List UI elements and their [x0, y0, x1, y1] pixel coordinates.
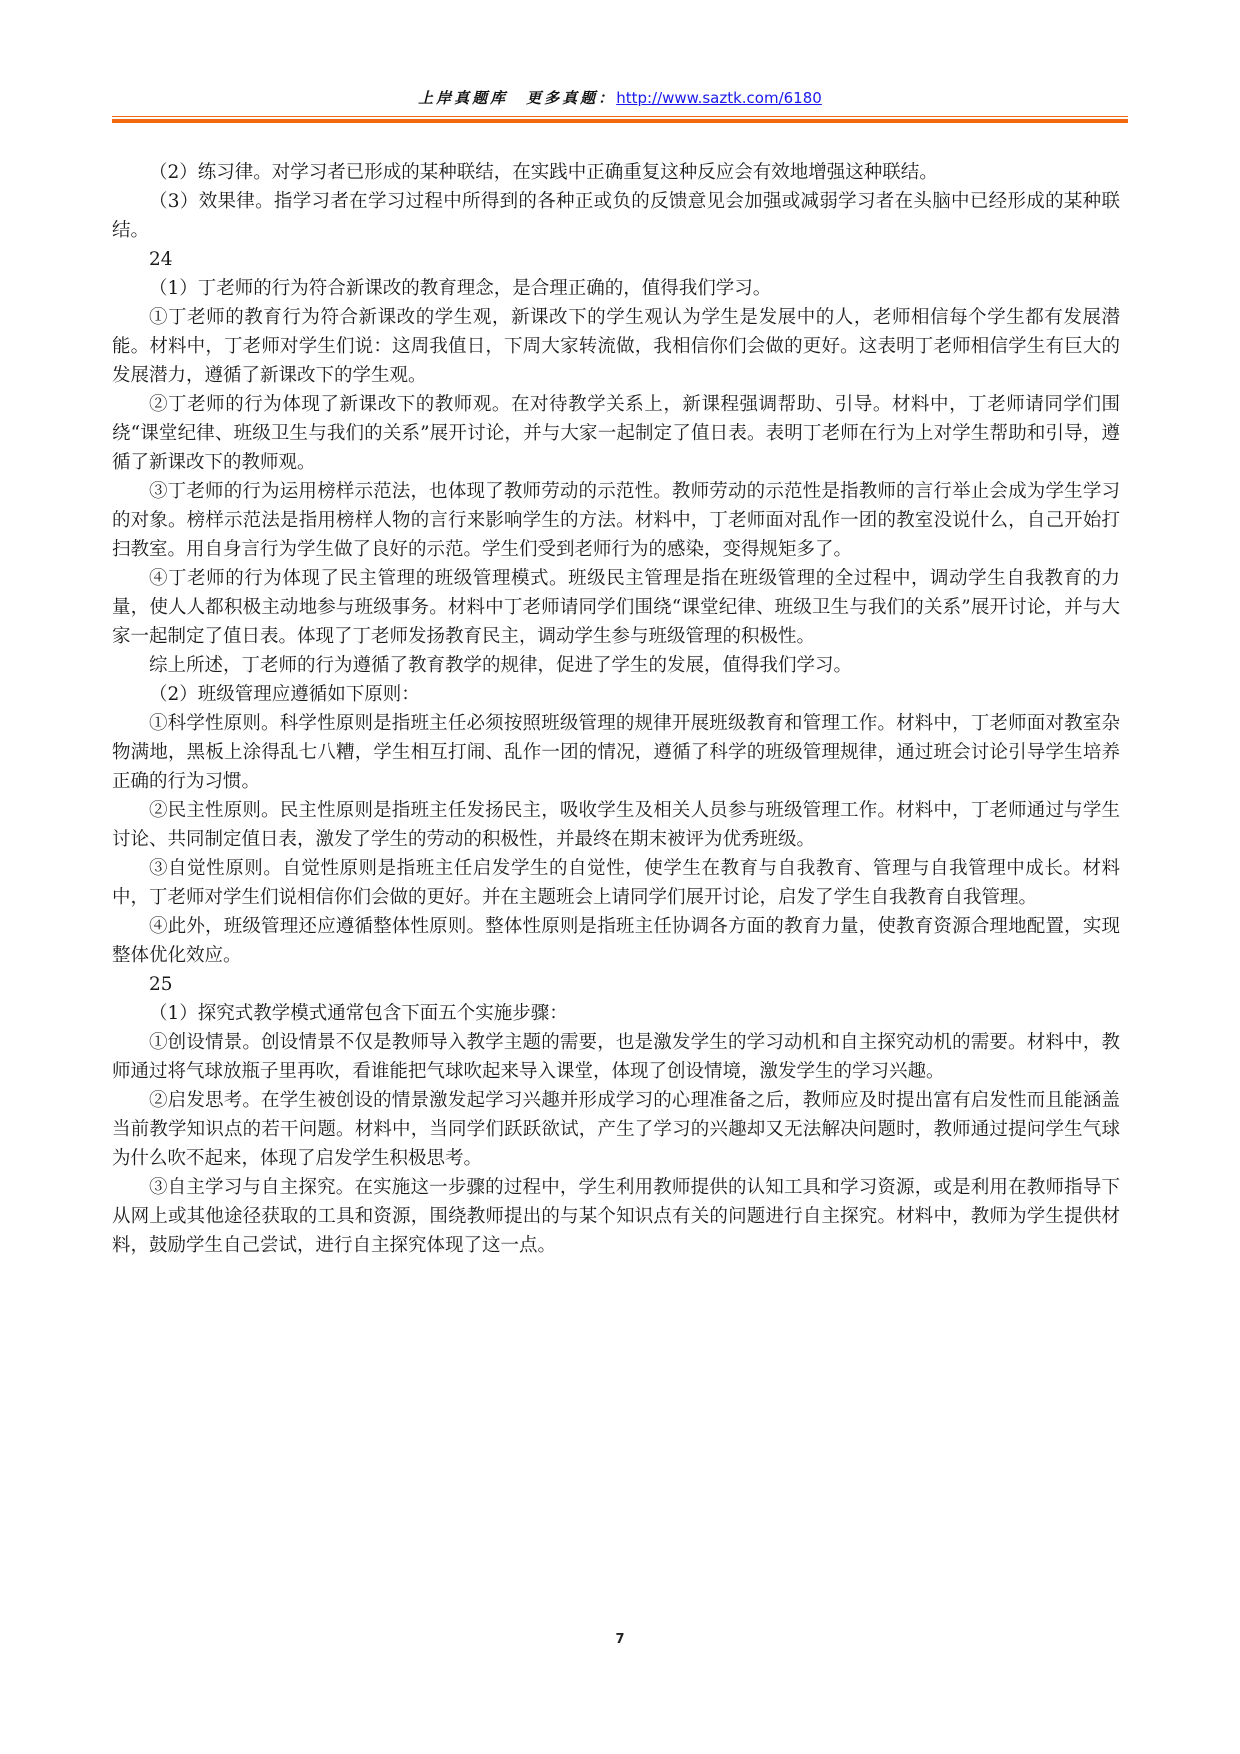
question-number: 25	[112, 970, 1120, 999]
paragraph: ④此外，班级管理还应遵循整体性原则。整体性原则是指班主任协调各方面的教育力量，使…	[112, 912, 1120, 970]
paragraph: （1）丁老师的行为符合新课改的教育理念，是合理正确的，值得我们学习。	[112, 274, 1120, 303]
paragraph: 综上所述，丁老师的行为遵循了教育教学的规律，促进了学生的发展，值得我们学习。	[112, 651, 1120, 680]
paragraph: ①科学性原则。科学性原则是指班主任必须按照班级管理的规律开展班级教育和管理工作。…	[112, 709, 1120, 796]
paragraph: ②民主性原则。民主性原则是指班主任发扬民主，吸收学生及相关人员参与班级管理工作。…	[112, 796, 1120, 854]
header-rule-thick	[112, 119, 1128, 123]
paragraph: ④丁老师的行为体现了民主管理的班级管理模式。班级民主管理是指在班级管理的全过程中…	[112, 564, 1120, 651]
paragraph: （3）效果律。指学习者在学习过程中所得到的各种正或负的反馈意见会加强或减弱学习者…	[112, 187, 1120, 245]
paragraph: ①创设情景。创设情景不仅是教师导入教学主题的需要，也是激发学生的学习动机和自主探…	[112, 1028, 1120, 1086]
header-rule-thin	[112, 116, 1128, 117]
paragraph: （1）探究式教学模式通常包含下面五个实施步骤：	[112, 999, 1120, 1028]
header-more-label: 更多真题：	[526, 89, 616, 107]
question-number: 24	[112, 245, 1120, 274]
page-number: 7	[0, 1632, 1240, 1647]
header-link[interactable]: http://www.saztk.com/6180	[616, 89, 822, 107]
paragraph: ③自觉性原则。自觉性原则是指班主任启发学生的自觉性，使学生在教育与自我教育、管理…	[112, 854, 1120, 912]
paragraph: ②启发思考。在学生被创设的情景激发起学习兴趣并形成学习的心理准备之后，教师应及时…	[112, 1086, 1120, 1173]
paragraph: ③自主学习与自主探究。在实施这一步骤的过程中，学生利用教师提供的认知工具和学习资…	[112, 1173, 1120, 1260]
paragraph: （2）班级管理应遵循如下原则：	[112, 680, 1120, 709]
paragraph: ①丁老师的教育行为符合新课改的学生观，新课改下的学生观认为学生是发展中的人，老师…	[112, 303, 1120, 390]
page-header: 上岸真题库更多真题：http://www.saztk.com/6180	[112, 88, 1128, 108]
paragraph: ③丁老师的行为运用榜样示范法，也体现了教师劳动的示范性。教师劳动的示范性是指教师…	[112, 477, 1120, 564]
paragraph: ②丁老师的行为体现了新课改下的教师观。在对待教学关系上，新课程强调帮助、引导。材…	[112, 390, 1120, 477]
paragraph: （2）练习律。对学习者已形成的某种联结，在实践中正确重复这种反应会有效地增强这种…	[112, 158, 1120, 187]
header-brand: 上岸真题库	[418, 89, 508, 107]
document-body: （2）练习律。对学习者已形成的某种联结，在实践中正确重复这种反应会有效地增强这种…	[112, 158, 1120, 1260]
